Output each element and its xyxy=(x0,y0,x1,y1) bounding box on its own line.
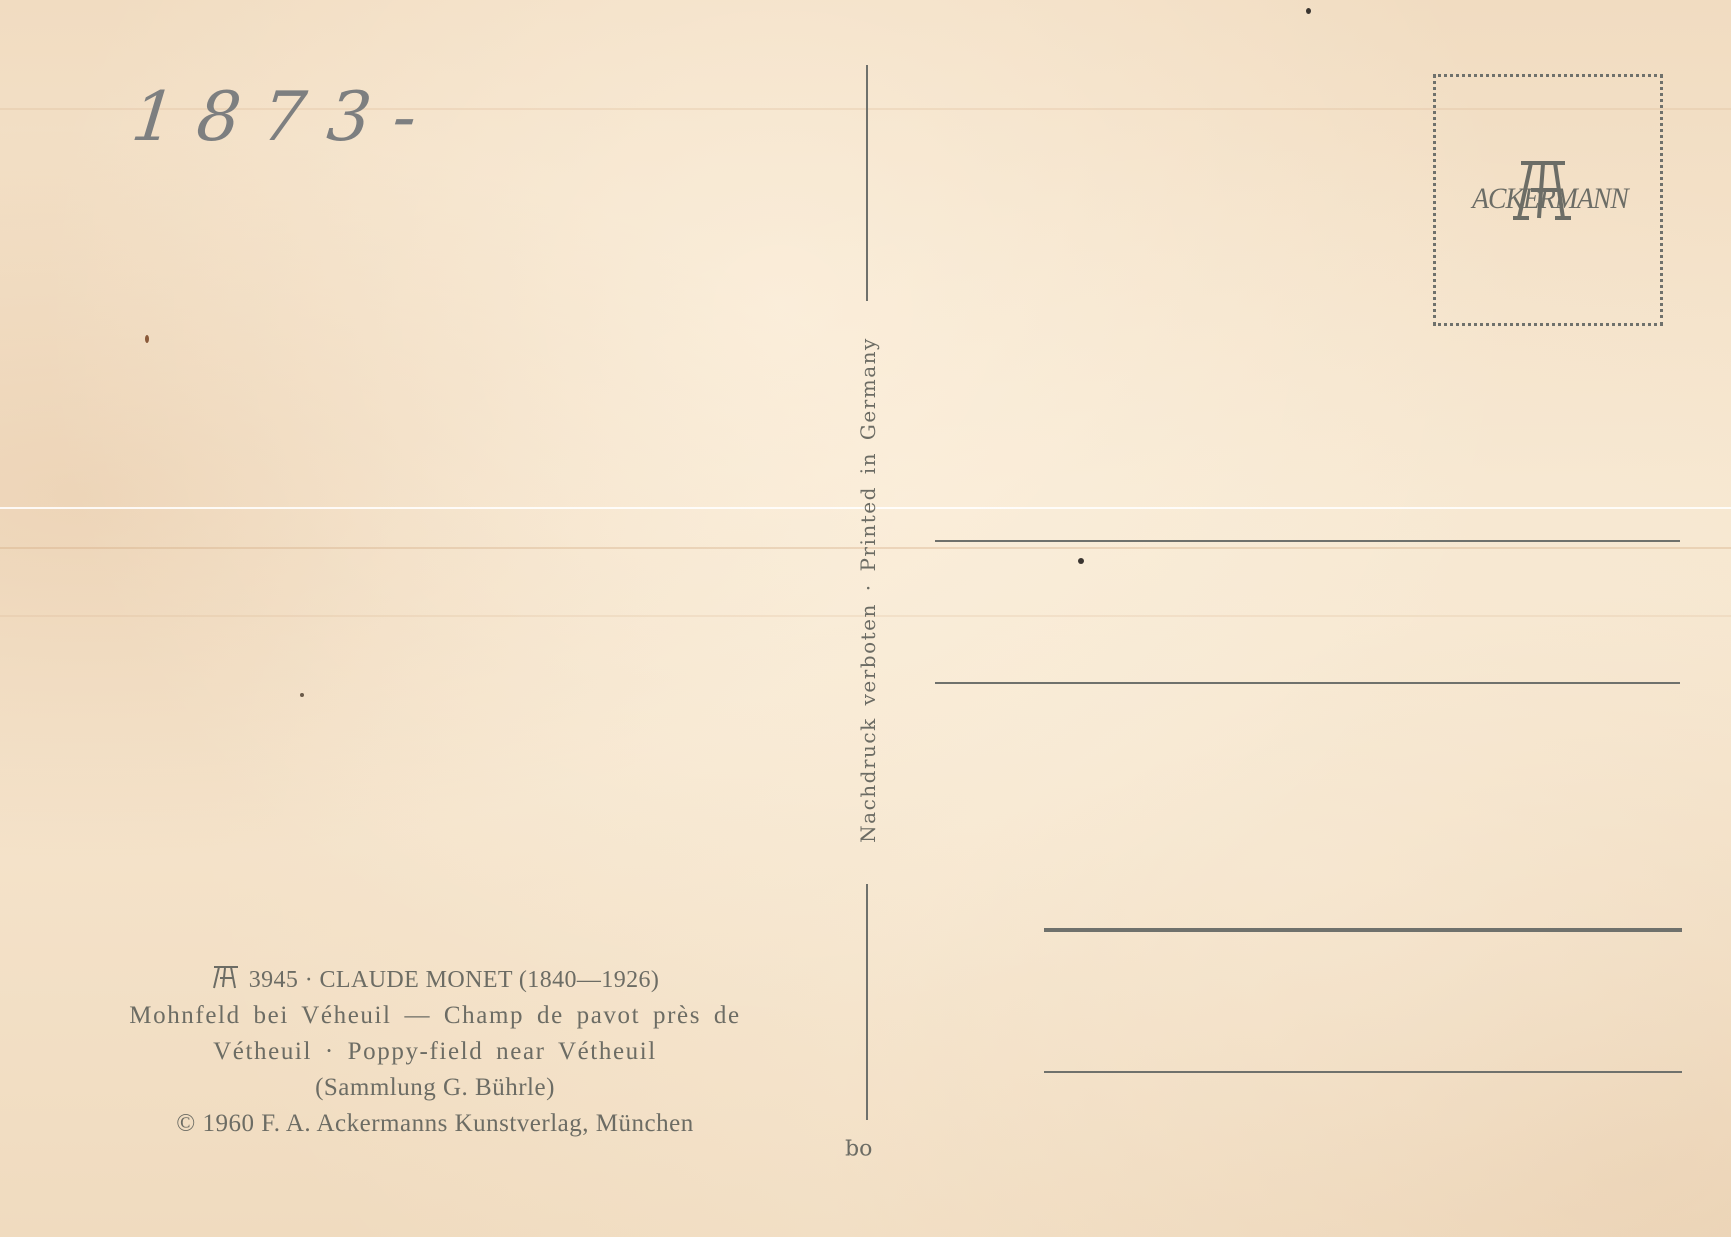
address-line-2 xyxy=(935,682,1680,684)
center-divider-bottom xyxy=(866,884,868,1120)
address-line-1 xyxy=(935,540,1680,542)
caption-line-2: Mohnfeld bei Véheuil — Champ de pavot pr… xyxy=(70,998,800,1034)
paper-speck xyxy=(145,335,149,343)
artwork-caption: 3945 · CLAUDE MONET (1840—1926) Mohnfeld… xyxy=(70,962,800,1142)
ackermann-monogram-icon xyxy=(211,964,241,990)
caption-line-4: (Sammlung G. Bührle) xyxy=(70,1070,800,1106)
logo-text: ACKERMANN xyxy=(1446,182,1654,216)
bottom-mark: oq xyxy=(845,1138,872,1163)
divider-text: Nachdruck verboten · Printed in Germany xyxy=(856,337,880,843)
paper-speck xyxy=(1078,558,1084,564)
paper-speck xyxy=(300,693,304,697)
caption-line-1: 3945 · CLAUDE MONET (1840—1926) xyxy=(249,967,660,993)
caption-line-5: © 1960 F. A. Ackermanns Kunstverlag, Mün… xyxy=(70,1106,800,1142)
caption-line-3: Vétheuil · Poppy-field near Vétheuil xyxy=(70,1034,800,1070)
postcard-back: 1873- 3945 · CLAUDE MONET (1840—1926) Mo… xyxy=(0,0,1731,1237)
ackermann-logo: ACKERMANN xyxy=(1433,160,1667,240)
paper-speck xyxy=(1306,8,1311,14)
caption-line-title: 3945 · CLAUDE MONET (1840—1926) xyxy=(70,962,800,998)
handwritten-note: 1873- xyxy=(128,78,442,157)
address-line-4 xyxy=(1044,1071,1682,1073)
center-divider-top xyxy=(866,65,868,301)
address-line-3 xyxy=(1044,928,1682,932)
